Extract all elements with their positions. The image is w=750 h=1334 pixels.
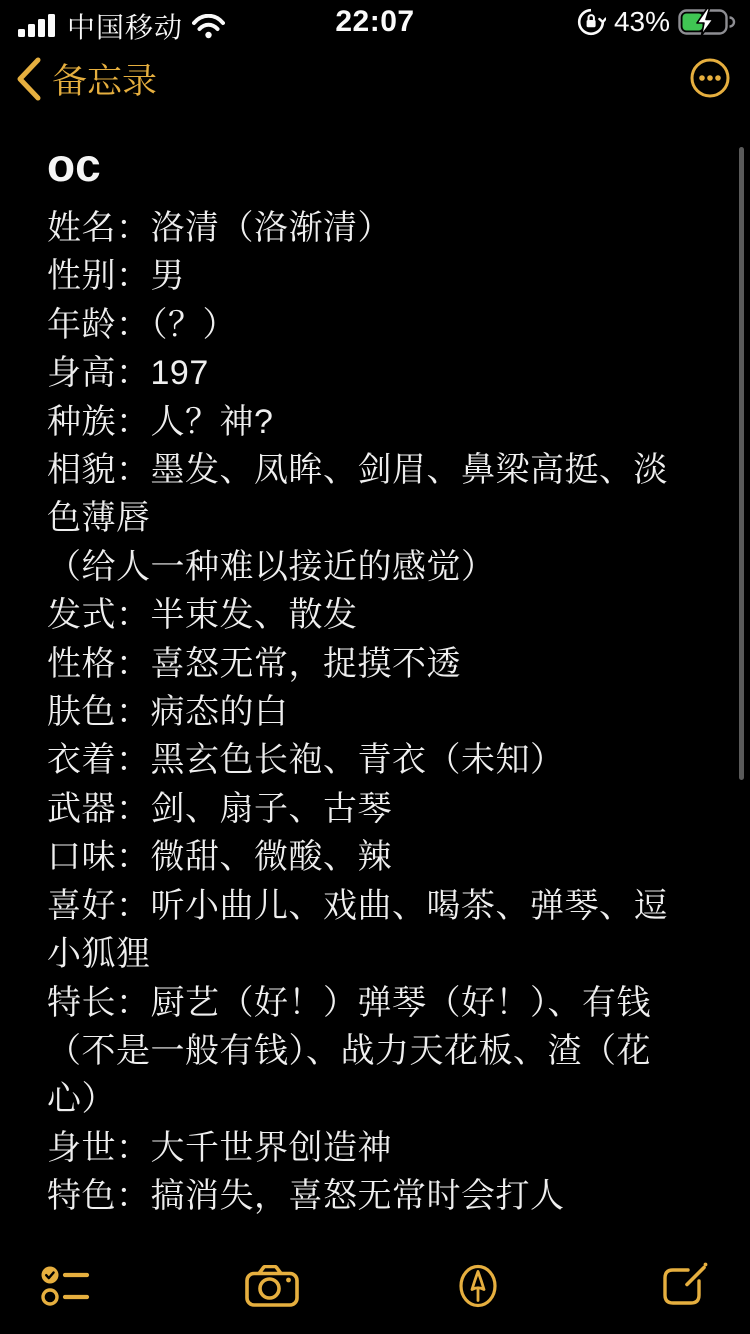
markup-button[interactable] (451, 1259, 505, 1313)
note-line: 肤色：病态的白 (47, 688, 708, 736)
note-line: 种族：人？神? (47, 398, 708, 446)
note-line: 武器：剑、扇子、古琴 (47, 785, 708, 833)
back-button[interactable]: 备忘录 (14, 54, 157, 104)
battery-percent-label: 43% (614, 6, 670, 38)
camera-button[interactable] (245, 1259, 299, 1313)
battery-charging-icon (678, 8, 736, 36)
camera-icon (245, 1265, 299, 1307)
compose-icon (661, 1262, 709, 1310)
note-content[interactable]: oc 姓名：洛清（洛渐清）性别：男年龄：（？）身高：197种族：人？神?相貌：墨… (0, 114, 750, 1221)
notes-app-screen: 中国移动 22:07 43% (0, 0, 750, 1334)
note-line: 性格：喜怒无常，捉摸不透 (47, 640, 708, 688)
note-line: 年龄：（？） (47, 301, 708, 349)
markup-pen-icon (455, 1263, 501, 1309)
more-options-button[interactable] (688, 56, 732, 100)
note-line: 姓名：洛清（洛渐清） (47, 204, 708, 252)
note-line: 衣着：黑玄色长袍、青衣（未知） (47, 736, 708, 784)
note-line: （给人一种难以接近的感觉） (47, 543, 708, 591)
note-body: 姓名：洛清（洛渐清）性别：男年龄：（？）身高：197种族：人？神?相貌：墨发、凤… (47, 204, 708, 1221)
nav-bar: 备忘录 (0, 44, 750, 114)
note-line: 特长：厨艺（好！）弹琴（好！）、有钱 (47, 979, 708, 1027)
note-line: 喜好：听小曲儿、戏曲、喝茶、弹琴、逗 (47, 882, 708, 930)
note-line: （不是一般有钱）、战力天花板、渣（花 (47, 1027, 708, 1075)
chevron-left-icon (14, 56, 42, 102)
status-bar: 中国移动 22:07 43% (0, 0, 750, 44)
note-line: 身世：大千世界创造神 (47, 1124, 708, 1172)
scrollbar-thumb[interactable] (739, 147, 744, 780)
note-line: 小狐狸 (47, 930, 708, 978)
note-line: 心） (47, 1075, 708, 1123)
note-line: 性别：男 (47, 252, 708, 300)
note-line: 相貌：墨发、凤眸、剑眉、鼻梁高挺、淡 (47, 446, 708, 494)
bottom-toolbar (0, 1238, 750, 1334)
checklist-button[interactable] (38, 1259, 92, 1313)
rotation-lock-icon (576, 7, 606, 37)
note-line: 发式：半束发、散发 (47, 591, 708, 639)
compose-button[interactable] (658, 1259, 712, 1313)
note-line: 口味：微甜、微酸、辣 (47, 833, 708, 881)
back-button-label: 备忘录 (52, 54, 157, 104)
note-line: 身高：197 (47, 349, 708, 397)
ellipsis-circle-icon (688, 56, 732, 100)
note-title: oc (47, 138, 708, 192)
note-line: 色薄唇 (47, 494, 708, 542)
checklist-icon (39, 1263, 91, 1309)
note-line: 特色：搞消失，喜怒无常时会打人 (47, 1172, 708, 1220)
